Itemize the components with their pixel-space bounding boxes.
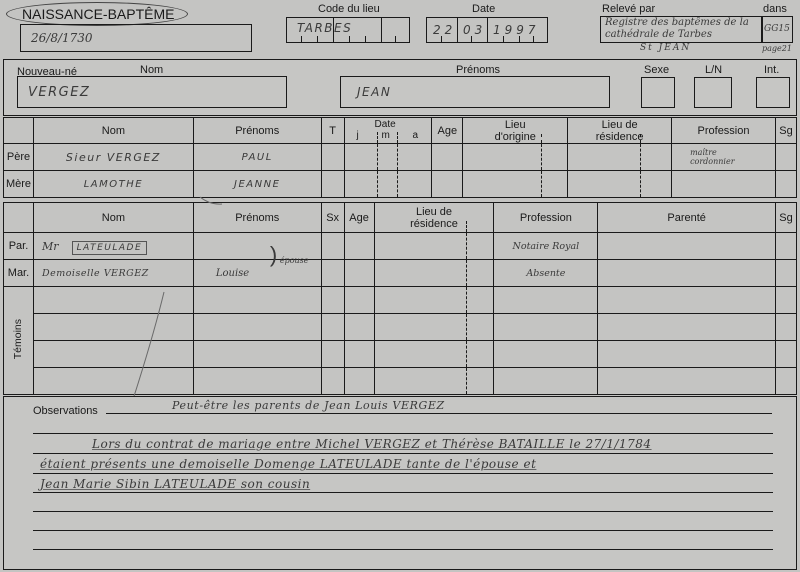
observation-line-1[interactable]: Peut-être les parents de Jean Louis VERG… — [172, 399, 445, 412]
observation-line-4[interactable]: étaient présents une demoiselle Domenge … — [40, 457, 536, 471]
observation-line-5[interactable]: Jean Marie Sibin LATEULADE son cousin — [40, 477, 310, 491]
observations-label: Observations — [33, 405, 98, 417]
observation-line-3[interactable]: Lors du contrat de mariage entre Michel … — [92, 437, 652, 451]
